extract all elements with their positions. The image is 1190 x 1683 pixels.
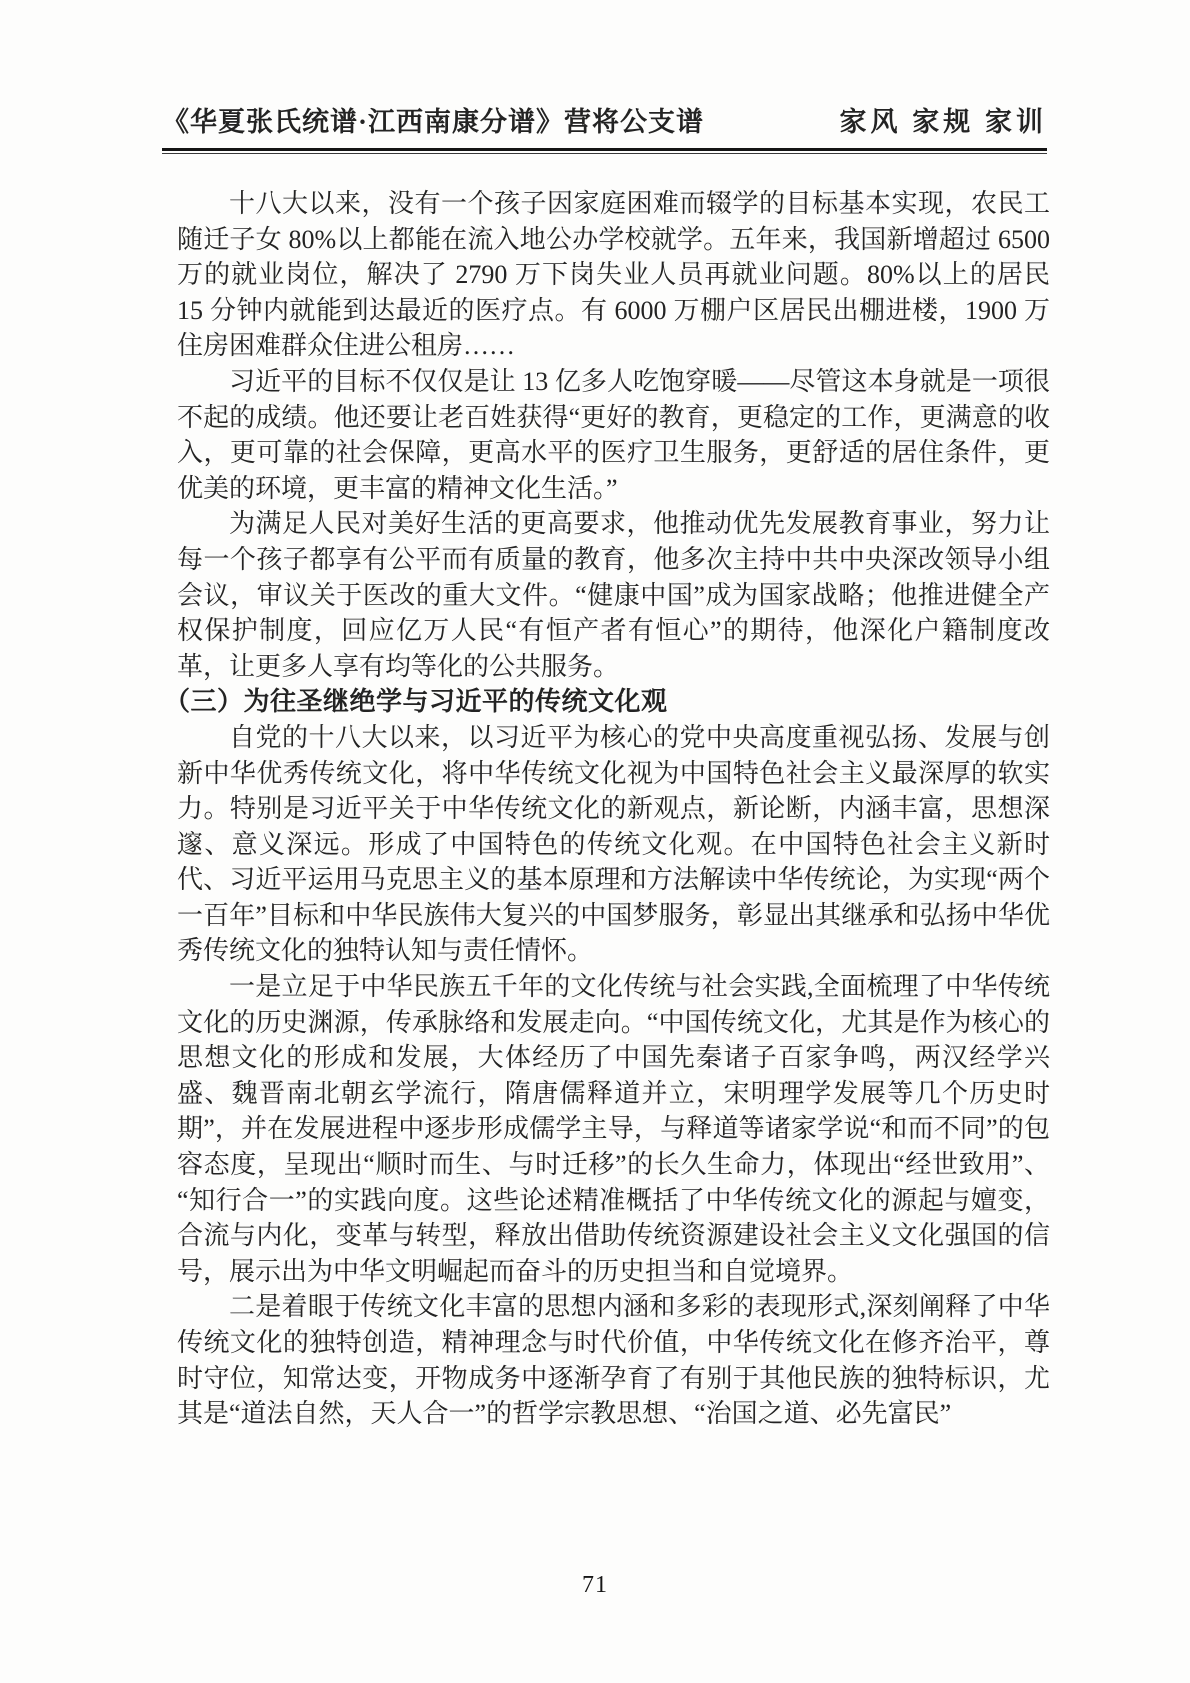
body-paragraph: 二是着眼于传统文化丰富的思想内涵和多彩的表现形式,深刻阐释了中华传统文化的独特创… (177, 1289, 1050, 1431)
header-rule-divider (162, 148, 1047, 154)
document-page: 《华夏张氏统谱·江西南康分谱》营将公支谱 家风 家规 家训 十八大以来，没有一个… (0, 0, 1190, 1683)
section-heading: （三）为往圣继绝学与习近平的传统文化观 (164, 684, 1050, 720)
body-paragraph: 习近平的目标不仅仅是让 13 亿多人吃饱穿暖——尽管这本身就是一项很不起的成绩。… (177, 364, 1050, 506)
body-paragraph: 十八大以来，没有一个孩子因家庭困难而辍学的目标基本实现，农民工随迁子女 80%以… (177, 186, 1050, 364)
header-book-title: 《华夏张氏统谱·江西南康分谱》营将公支谱 (162, 100, 704, 139)
body-paragraph: 一是立足于中华民族五千年的文化传统与社会实践,全面梳理了中华传统文化的历史渊源，… (177, 969, 1050, 1289)
page-number: 71 (0, 1572, 1190, 1599)
header-titles: 《华夏张氏统谱·江西南康分谱》营将公支谱 家风 家规 家训 (162, 100, 1047, 139)
body-paragraph: 为满足人民对美好生活的更高要求，他推动优先发展教育事业，努力让每一个孩子都享有公… (177, 506, 1050, 684)
header-section-title: 家风 家规 家训 (840, 100, 1048, 139)
body-paragraph: 自党的十八大以来，以习近平为核心的党中央高度重视弘扬、发展与创新中华优秀传统文化… (177, 720, 1050, 969)
page-body: 十八大以来，没有一个孩子因家庭困难而辍学的目标基本实现，农民工随迁子女 80%以… (177, 186, 1050, 1432)
running-header: 《华夏张氏统谱·江西南康分谱》营将公支谱 家风 家规 家训 (162, 100, 1047, 154)
